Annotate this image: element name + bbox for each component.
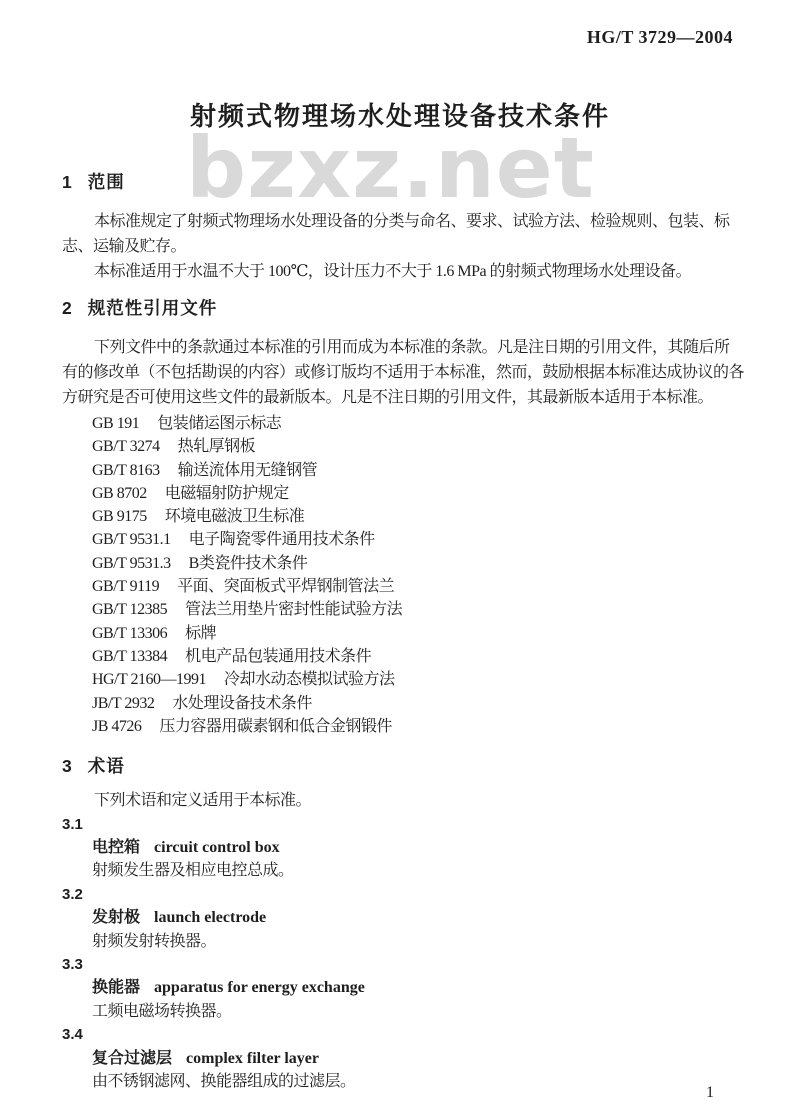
reference-item: GB 9175环境电磁波卫生标准 [92,505,744,528]
reference-code: GB/T 9531.3 [92,555,171,572]
reference-code: GB 8702 [92,485,147,502]
scope-paragraph-2: 本标准适用于水温不大于 100℃，设计压力不大于 1.6 MPa 的射频式物理场… [62,259,744,284]
reference-title: 压力容器用碳素钢和低合金钢锻件 [159,718,392,735]
standard-code: HG/T 3729—2004 [587,27,733,48]
reference-title: B类瓷件技术条件 [189,555,308,572]
reference-code: GB/T 8163 [92,462,160,479]
term-line: 发射极launch electrode [92,906,744,929]
term-block: 3.2 发射极launch electrode 射频发射转换器。 [62,883,744,953]
document-title: 射频式物理场水处理设备技术条件 [0,96,800,133]
reference-item: GB/T 9531.1电子陶瓷零件通用技术条件 [92,528,744,551]
reference-code: GB/T 12385 [92,601,167,618]
term-block: 3.3 换能器apparatus for energy exchange 工频电… [62,953,744,1023]
references-intro-paragraph: 下列文件中的条款通过本标准的引用而成为本标准的条款。凡是注日期的引用文件，其随后… [62,335,744,410]
reference-item: GB/T 3274热轧厚钢板 [92,435,744,458]
reference-code: JB 4726 [92,718,141,735]
term-block: 3.4 复合过滤层complex filter layer 由不锈钢滤网、换能器… [62,1023,744,1093]
term-number: 3.2 [62,883,744,906]
reference-title: 管法兰用垫片密封性能试验方法 [185,601,402,618]
reference-item: GB 8702电磁辐射防护规定 [92,482,744,505]
section-number: 2 [62,298,73,318]
reference-item: GB/T 13306标牌 [92,622,744,645]
reference-code: GB/T 9531.1 [92,531,171,548]
term-line: 换能器apparatus for energy exchange [92,976,744,999]
term-definition: 射频发射转换器。 [92,930,744,953]
term-definition: 射频发生器及相应电控总成。 [92,859,744,882]
term-name-zh: 换能器 [92,979,140,996]
reference-title: 水处理设备技术条件 [172,695,312,712]
reference-item: GB 191包装储运图示标志 [92,412,744,435]
reference-title: 环境电磁波卫生标准 [165,508,305,525]
section-title: 规范性引用文件 [88,298,218,318]
reference-item: GB/T 13384机电产品包装通用技术条件 [92,645,744,668]
term-name-en: complex filter layer [186,1050,319,1067]
section-scope-heading: 1范围 [62,172,744,193]
term-number: 3.3 [62,953,744,976]
reference-item: GB/T 12385管法兰用垫片密封性能试验方法 [92,598,744,621]
term-line: 电控箱circuit control box [92,836,744,859]
reference-title: 平面、突面板式平焊钢制管法兰 [177,578,394,595]
reference-title: 电子陶瓷零件通用技术条件 [189,531,375,548]
section-title: 范围 [88,172,125,192]
term-number: 3.4 [62,1023,744,1046]
reference-code: GB/T 13384 [92,648,167,665]
reference-item: JB 4726压力容器用碳素钢和低合金钢锻件 [92,715,744,738]
term-name-zh: 发射极 [92,909,140,926]
scope-paragraph-1: 本标准规定了射频式物理场水处理设备的分类与命名、要求、试验方法、检验规则、包装、… [62,209,744,259]
reference-code: GB 9175 [92,508,147,525]
reference-item: GB/T 9531.3B类瓷件技术条件 [92,552,744,575]
reference-code: GB 191 [92,415,139,432]
section-number: 1 [62,172,73,192]
term-name-en: apparatus for energy exchange [154,979,365,996]
reference-title: 冷却水动态模拟试验方法 [224,671,395,688]
section-title: 术语 [88,756,125,776]
term-definition: 工频电磁场转换器。 [92,1000,744,1023]
section-terms-heading: 3术语 [62,756,744,777]
reference-title: 标牌 [185,625,216,642]
term-number: 3.1 [62,813,744,836]
document-body: 1范围 本标准规定了射频式物理场水处理设备的分类与命名、要求、试验方法、检验规则… [62,172,744,1093]
term-definition: 由不锈钢滤网、换能器组成的过滤层。 [92,1070,744,1093]
terms-list: 3.1 电控箱circuit control box 射频发生器及相应电控总成。… [62,813,744,1094]
reference-title: 电磁辐射防护规定 [165,485,289,502]
page-number: 1 [706,1084,714,1102]
section-references-heading: 2规范性引用文件 [62,298,744,319]
term-name-zh: 电控箱 [92,839,140,856]
reference-item: GB/T 8163输送流体用无缝钢管 [92,459,744,482]
term-name-en: launch electrode [154,909,266,926]
reference-title: 机电产品包装通用技术条件 [185,648,371,665]
reference-code: JB/T 2932 [92,695,154,712]
term-name-en: circuit control box [154,839,280,856]
term-line: 复合过滤层complex filter layer [92,1047,744,1070]
reference-item: HG/T 2160—1991冷却水动态模拟试验方法 [92,668,744,691]
section-number: 3 [62,756,73,776]
reference-title: 包装储运图示标志 [157,415,281,432]
reference-code: GB/T 9119 [92,578,159,595]
document-page: HG/T 3729—2004 bzxz.net 射频式物理场水处理设备技术条件 … [0,0,800,1120]
reference-code: GB/T 13306 [92,625,167,642]
reference-title: 输送流体用无缝钢管 [178,462,318,479]
terms-intro-paragraph: 下列术语和定义适用于本标准。 [62,789,744,812]
reference-title: 热轧厚钢板 [178,438,256,455]
reference-item: GB/T 9119平面、突面板式平焊钢制管法兰 [92,575,744,598]
term-name-zh: 复合过滤层 [92,1050,172,1067]
references-list: GB 191包装储运图示标志 GB/T 3274热轧厚钢板 GB/T 8163输… [92,412,744,738]
term-block: 3.1 电控箱circuit control box 射频发生器及相应电控总成。 [62,813,744,883]
reference-code: GB/T 3274 [92,438,160,455]
reference-item: JB/T 2932水处理设备技术条件 [92,692,744,715]
reference-code: HG/T 2160—1991 [92,671,206,688]
